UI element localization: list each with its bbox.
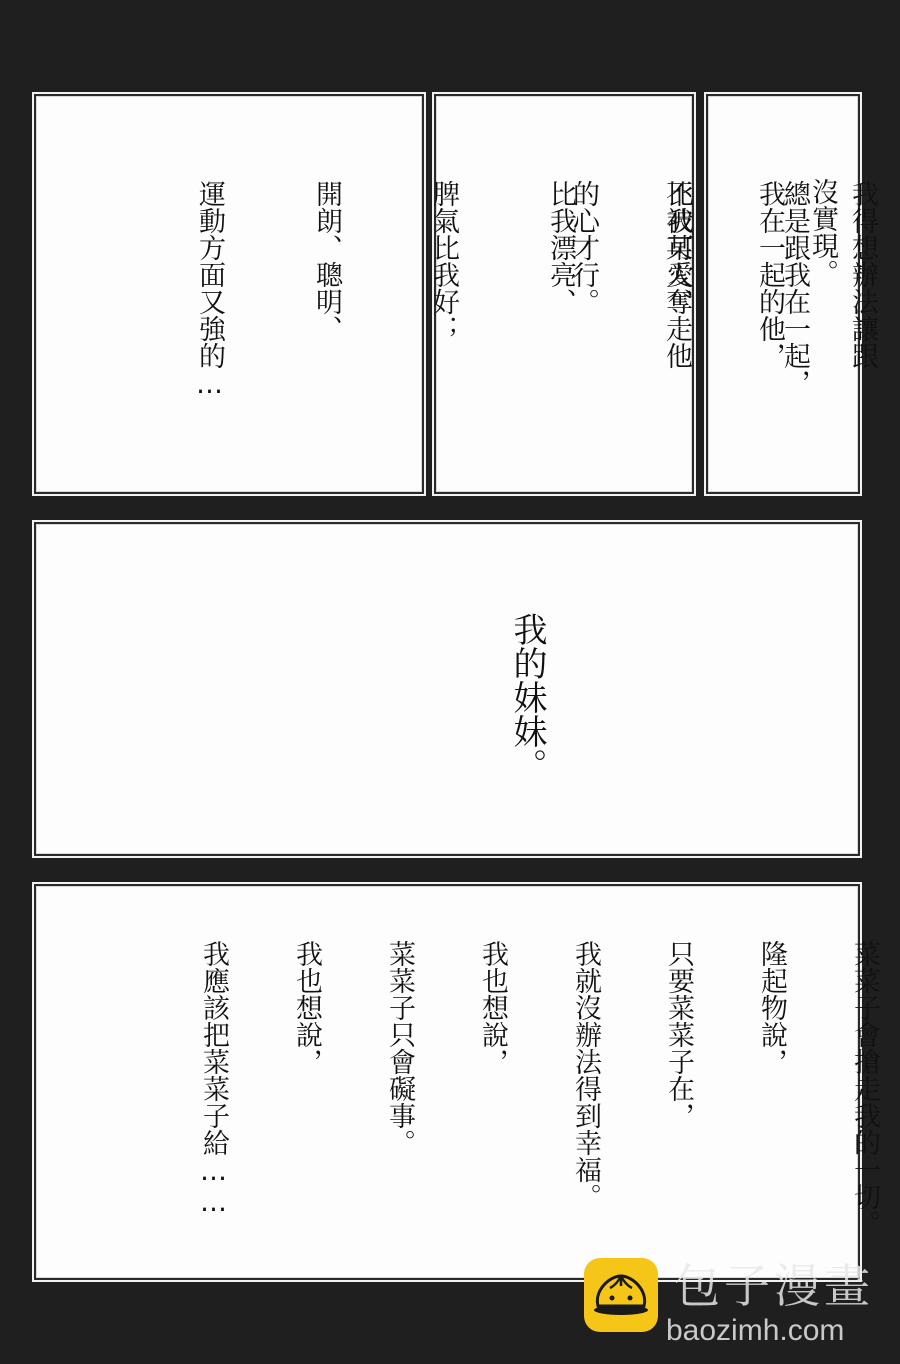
text-line: 菜菜子會搶走我的一切。 <box>849 940 880 1237</box>
text-line: 我就沒辦法得到幸福。 <box>570 940 601 1237</box>
text-line: 菜菜子只會礙事。 <box>384 940 415 1237</box>
text-line: 運動方面又強的… <box>190 180 229 400</box>
text-line: 開朗、聰明、 <box>307 180 346 400</box>
watermark-brand-cn: 包子漫畫 <box>674 1260 874 1312</box>
text-line: 只要菜菜子在， <box>663 940 694 1237</box>
watermark: 包子漫畫 baozimh.com <box>584 1258 884 1348</box>
text-line: 比我可愛、 <box>658 180 697 400</box>
panel-middle: 我的妹妹。 <box>32 520 862 858</box>
text-line: 而那個某人就是 <box>892 180 900 400</box>
panel-bottom: 隆起物說， 菜菜子不應該存在。 隆起物說， 菜菜子會搶走我的一切。 隆起物說， … <box>32 882 862 1282</box>
text-line: 總是跟我在一起， <box>775 180 814 400</box>
text-line: 隆起物說， <box>756 940 787 1237</box>
text-line: 我也想說， <box>477 940 508 1237</box>
text-line: 我的妹妹。 <box>508 612 546 782</box>
panel-top-left: 而那個某人就是 總是跟我在一起， 比我可愛、 比我漂亮、 脾氣比我好； 開朗、聰… <box>32 92 426 496</box>
steamed-bun-logo-icon <box>584 1258 658 1332</box>
text-line: 我應該把菜菜子給…… <box>198 940 229 1237</box>
panel-text: 隆起物說， 菜菜子不應該存在。 隆起物說， 菜菜子會搶走我的一切。 隆起物說， … <box>136 940 900 1237</box>
watermark-brand-url: baozimh.com <box>666 1314 844 1348</box>
text-line: 脾氣比我好； <box>424 180 463 400</box>
text-line: 我也想說， <box>291 940 322 1237</box>
text-line: 比我漂亮、 <box>541 180 580 400</box>
panel-text: 我的妹妹。 <box>432 612 622 782</box>
panel-text: 而那個某人就是 總是跟我在一起， 比我可愛、 比我漂亮、 脾氣比我好； 開朗、聰… <box>112 180 900 400</box>
